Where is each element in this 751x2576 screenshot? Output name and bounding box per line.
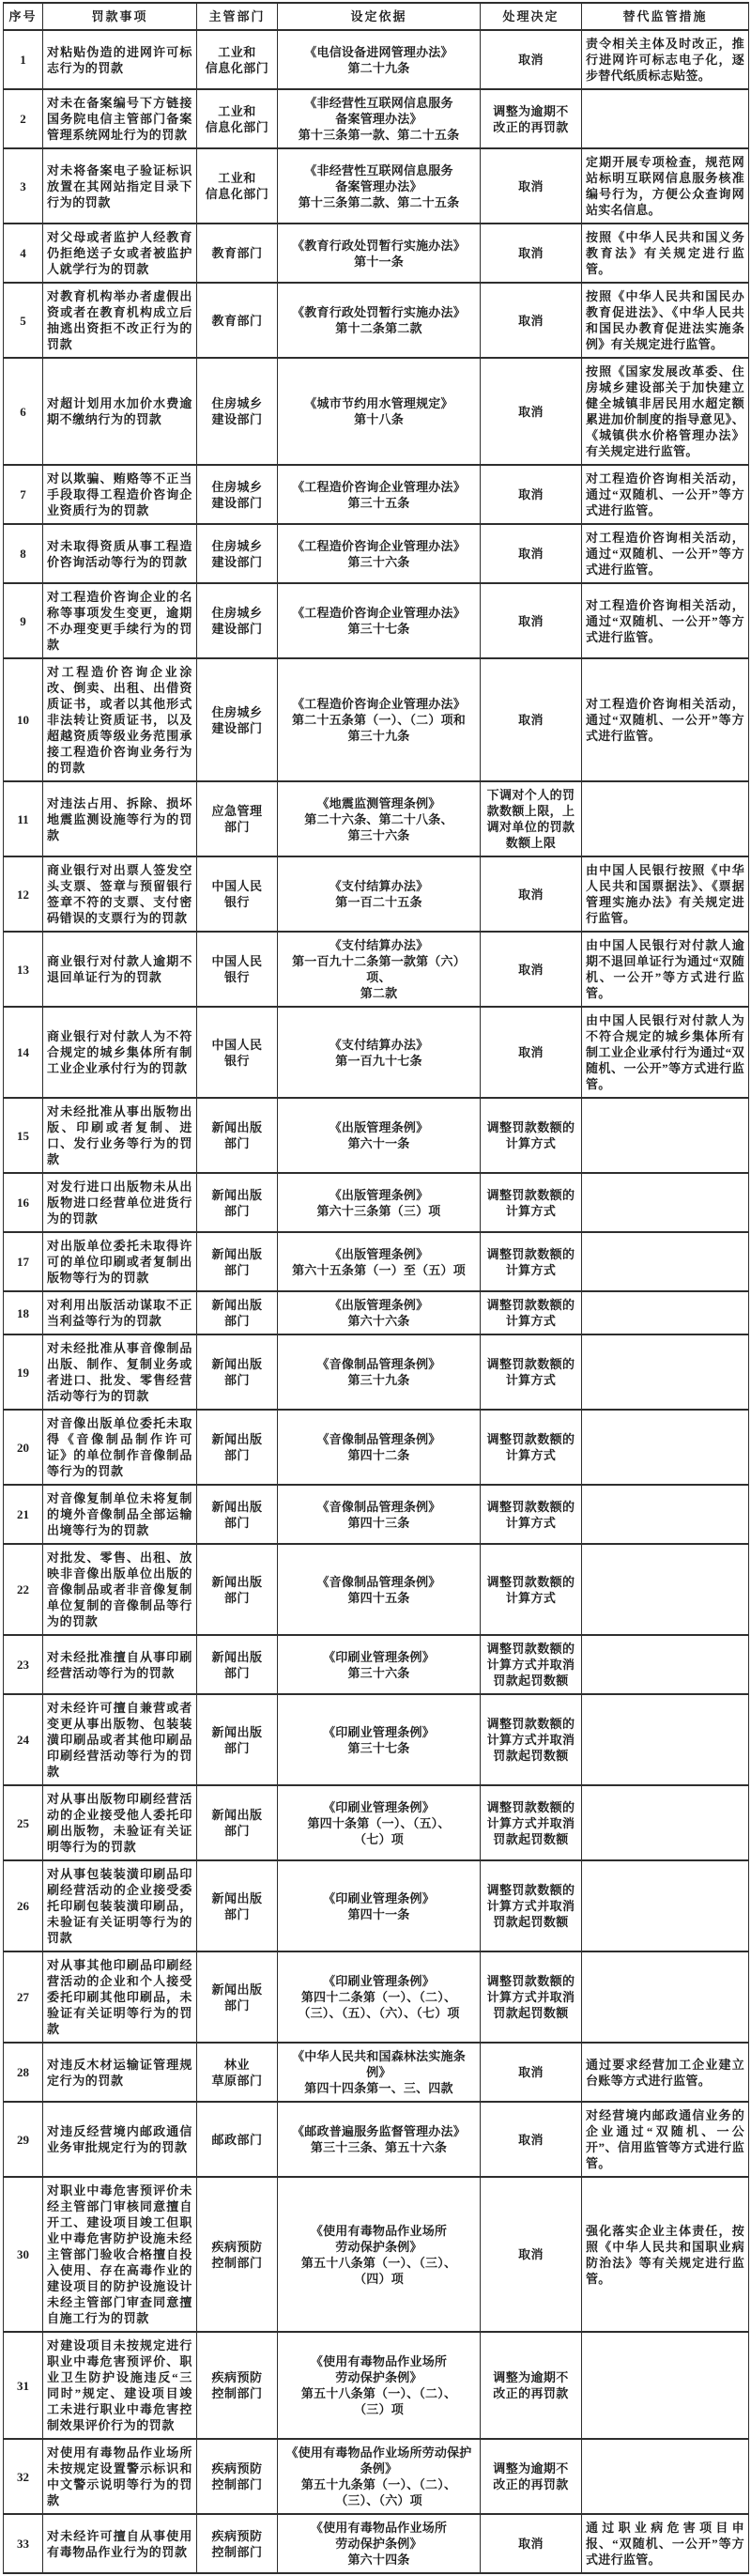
cell-basis: 《地震监测管理条例》 第二十六条、第二十八条、 第三十六条: [278, 781, 481, 856]
cell-measure: [582, 89, 749, 148]
cell-no: 3: [4, 148, 43, 224]
document-page: 序号 罚款事项 主管部门 设定依据 处理决定 替代监管措施 1对粘贴伪造的进网许…: [0, 0, 751, 2576]
cell-decision: 取消: [481, 2514, 582, 2573]
cell-no: 17: [4, 1232, 43, 1291]
cell-decision: 取消: [481, 524, 582, 583]
cell-decision: 调整罚款数额的 计算方式并取消 罚款起罚数额: [481, 1785, 582, 1860]
cell-decision: 调整罚款数额的 计算方式: [481, 1098, 582, 1173]
cell-dept: 林业 草原部门: [197, 2043, 278, 2102]
cell-no: 4: [4, 224, 43, 283]
cell-measure: [582, 2439, 749, 2514]
cell-basis: 《工程造价咨询企业管理办法》 第三十六条: [278, 524, 481, 583]
cell-dept: 住房城乡 建设部门: [197, 465, 278, 524]
table-row: 14商业银行对付款人为不符合规定的城乡集体所有制工业企业承付行为的罚款中国人民 …: [4, 1007, 749, 1098]
table-row: 7对以欺骗、贿赂等不正当手段取得工程造价咨询企业资质行为的罚款住房城乡 建设部门…: [4, 465, 749, 524]
cell-item: 对职业中毒危害预评价未经主管部门审核同意擅自开工、建设项目竣工但职业中毒危害防护…: [43, 2177, 197, 2332]
cell-dept: 中国人民 银行: [197, 932, 278, 1007]
cell-item: 对音像出版单位委托未取得《音像制品制作许可证》的单位制作音像制品等行为的罚款: [43, 1410, 197, 1485]
cell-dept: 教育部门: [197, 224, 278, 283]
cell-decision: 下调对个人的罚 款数额上限，上 调对单位的罚款 数额上限: [481, 781, 582, 856]
cell-decision: 调整为逾期不 改正的再罚款: [481, 89, 582, 148]
cell-dept: 工业和 信息化部门: [197, 148, 278, 224]
cell-item: 对未在备案编号下方链接国务院电信主管部门备案管理系统网址行为的罚款: [43, 89, 197, 148]
table-row: 27对从事其他印刷品印刷经营活动的企业和个人接受委托印刷其他印刷品，未验证有关证…: [4, 1951, 749, 2043]
cell-basis: 《支付结算办法》 第一百九十七条: [278, 1007, 481, 1098]
cell-measure: [582, 1694, 749, 1785]
cell-dept: 住房城乡 建设部门: [197, 583, 278, 658]
cell-item: 对粘贴伪造的进网许可标志行为的罚款: [43, 30, 197, 89]
cell-measure: 通过要求经营加工企业建立台账等方式进行监管。: [582, 2043, 749, 2102]
cell-basis: 《出版管理条例》 第六十六条: [278, 1291, 481, 1334]
cell-decision: 调整罚款数额的 计算方式: [481, 1334, 582, 1410]
cell-measure: 对工程造价咨询相关活动，通过“双随机、一公开”等方式进行监管。: [582, 465, 749, 524]
cell-decision: 调整罚款数额的 计算方式并取消 罚款起罚数额: [481, 1694, 582, 1785]
cell-no: 23: [4, 1635, 43, 1694]
cell-decision: 取消: [481, 283, 582, 358]
cell-no: 15: [4, 1098, 43, 1173]
cell-basis: 《支付结算办法》 第一百二十五条: [278, 856, 481, 932]
table-row: 24对未经许可擅自兼营或者变更从事出版物、包装装潢印刷品或者其他印刷品印刷经营活…: [4, 1694, 749, 1785]
cell-dept: 新闻出版 部门: [197, 1173, 278, 1232]
table-row: 30对职业中毒危害预评价未经主管部门审核同意擅自开工、建设项目竣工但职业中毒危害…: [4, 2177, 749, 2332]
cell-dept: 新闻出版 部门: [197, 1232, 278, 1291]
cell-item: 对发行进口出版物未从出版物进口经营单位进货行为的罚款: [43, 1173, 197, 1232]
table-row: 17对出版单位委托未取得许可的单位印刷或者复制出版物等行为的罚款新闻出版 部门《…: [4, 1232, 749, 1291]
cell-item: 对违法占用、拆除、损坏地震监测设施等行为的罚款: [43, 781, 197, 856]
cell-decision: 取消: [481, 148, 582, 224]
column-header-measure: 替代监管措施: [582, 3, 749, 30]
cell-dept: 邮政部门: [197, 2102, 278, 2177]
cell-measure: 按照《中华人民共和国民办教育促进法》、《中华人民共和国民办教育促进法实施条例》有…: [582, 283, 749, 358]
table-row: 31对建设项目未按规定进行职业中毒危害预评价、职业卫生防护设施违反“三同时”规定…: [4, 2332, 749, 2439]
cell-measure: [582, 1232, 749, 1291]
cell-no: 13: [4, 932, 43, 1007]
table-row: 29对违反经营境内邮政通信业务审批规定行为的罚款邮政部门《邮政普遍服务监督管理办…: [4, 2102, 749, 2177]
cell-decision: 取消: [481, 2177, 582, 2332]
cell-no: 11: [4, 781, 43, 856]
cell-basis: 《使用有毒物品作业场所 劳动保护条例》 第五十八条第（一）、（二）、 （三）项: [278, 2332, 481, 2439]
table-row: 33对未经许可擅自从事使用有毒物品作业行为的罚款疾病预防 控制部门《使用有毒物品…: [4, 2514, 749, 2573]
table-row: 21对音像复制单位未将复制的境外音像制品全部运输出境等行为的罚款新闻出版 部门《…: [4, 1485, 749, 1544]
cell-dept: 新闻出版 部门: [197, 1410, 278, 1485]
cell-basis: 《印刷业管理条例》 第三十七条: [278, 1694, 481, 1785]
cell-no: 16: [4, 1173, 43, 1232]
table-body: 1对粘贴伪造的进网许可标志行为的罚款工业和 信息化部门《电信设备进网管理办法》 …: [4, 30, 749, 2573]
table-row: 15对未经批准从事出版物出版、印刷或者复制、进口、发行业务等行为的罚款新闻出版 …: [4, 1098, 749, 1173]
cell-no: 33: [4, 2514, 43, 2573]
table-header: 序号 罚款事项 主管部门 设定依据 处理决定 替代监管措施: [4, 3, 749, 30]
table-row: 18对利用出版活动谋取不正当利益等行为的罚款新闻出版 部门《出版管理条例》 第六…: [4, 1291, 749, 1334]
cell-measure: 按照《国家发展改革委、住房城乡建设部关于加快建立健全城镇非居民用水超定额累进加价…: [582, 358, 749, 465]
cell-dept: 中国人民 银行: [197, 856, 278, 932]
table-row: 16对发行进口出版物未从出版物进口经营单位进货行为的罚款新闻出版 部门《出版管理…: [4, 1173, 749, 1232]
cell-item: 对违反木材运输证管理规定行为的罚款: [43, 2043, 197, 2102]
cell-no: 7: [4, 465, 43, 524]
cell-item: 对未将备案电子验证标识放置在其网站指定目录下行为的罚款: [43, 148, 197, 224]
table-row: 20对音像出版单位委托未取得《音像制品制作许可证》的单位制作音像制品等行为的罚款…: [4, 1410, 749, 1485]
cell-dept: 疾病预防 控制部门: [197, 2514, 278, 2573]
cell-basis: 《印刷业管理条例》 第四十条第（一）、（五）、 （七）项: [278, 1785, 481, 1860]
cell-measure: [582, 1635, 749, 1694]
cell-no: 19: [4, 1334, 43, 1410]
cell-dept: 住房城乡 建设部门: [197, 524, 278, 583]
cell-decision: 取消: [481, 856, 582, 932]
cell-no: 22: [4, 1544, 43, 1635]
cell-measure: [582, 1860, 749, 1951]
column-header-basis: 设定依据: [278, 3, 481, 30]
cell-basis: 《印刷业管理条例》 第四十二条第（一）、（二）、 （三）、（五）、（六）、（七）…: [278, 1951, 481, 2043]
cell-decision: 取消: [481, 224, 582, 283]
cell-decision: 调整罚款数额的 计算方式: [481, 1291, 582, 1334]
cell-decision: 取消: [481, 658, 582, 781]
table-row: 22对批发、零售、出租、放映非音像出版单位出版的音像制品或者非音像复制单位复制的…: [4, 1544, 749, 1635]
cell-decision: 调整罚款数额的 计算方式: [481, 1173, 582, 1232]
cell-item: 对未经许可擅自从事使用有毒物品作业行为的罚款: [43, 2514, 197, 2573]
penalty-table: 序号 罚款事项 主管部门 设定依据 处理决定 替代监管措施 1对粘贴伪造的进网许…: [3, 2, 749, 2574]
cell-no: 12: [4, 856, 43, 932]
cell-basis: 《邮政普遍服务监督管理办法》 第三十三条、第五十六条: [278, 2102, 481, 2177]
cell-basis: 《使用有毒物品作业场所 劳动保护条例》 第六十四条: [278, 2514, 481, 2573]
cell-decision: 取消: [481, 2043, 582, 2102]
cell-item: 对未经批准擅自从事印刷经营活动等行为的罚款: [43, 1635, 197, 1694]
cell-item: 对教育机构举办者虚假出资或者在教育机构成立后抽逃出资拒不改正行为的罚款: [43, 283, 197, 358]
cell-decision: 取消: [481, 932, 582, 1007]
table-row: 12商业银行对出票人签发空头支票、签章与预留银行签章不符的支票、支付密码错误的支…: [4, 856, 749, 932]
cell-item: 对工程造价咨询企业涂改、倒卖、出租、出借资质证书，或者以其他形式非法转让资质证书…: [43, 658, 197, 781]
cell-decision: 调整罚款数额的 计算方式: [481, 1410, 582, 1485]
cell-basis: 《电信设备进网管理办法》 第二十九条: [278, 30, 481, 89]
table-row: 5对教育机构举办者虚假出资或者在教育机构成立后抽逃出资拒不改正行为的罚款教育部门…: [4, 283, 749, 358]
cell-decision: 取消: [481, 30, 582, 89]
cell-decision: 调整罚款数额的 计算方式并取消 罚款起罚数额: [481, 1860, 582, 1951]
cell-dept: 新闻出版 部门: [197, 1334, 278, 1410]
cell-dept: 住房城乡 建设部门: [197, 358, 278, 465]
cell-basis: 《教育行政处罚暂行实施办法》 第十二条第二款: [278, 283, 481, 358]
cell-item: 对从事其他印刷品印刷经营活动的企业和个人接受委托印刷其他印刷品，未验证有关证明等…: [43, 1951, 197, 2043]
cell-decision: 取消: [481, 465, 582, 524]
cell-no: 18: [4, 1291, 43, 1334]
cell-measure: [582, 1951, 749, 2043]
table-row: 10对工程造价咨询企业涂改、倒卖、出租、出借资质证书，或者以其他形式非法转让资质…: [4, 658, 749, 781]
table-row: 6对超计划用水加价水费逾期不缴纳行为的罚款住房城乡 建设部门《城市节约用水管理规…: [4, 358, 749, 465]
cell-decision: 调整罚款数额的 计算方式: [481, 1232, 582, 1291]
cell-no: 27: [4, 1951, 43, 2043]
cell-measure: 由中国人民银行按照《中华人民共和国票据法》、《票据管理实施办法》有关规定进行监管…: [582, 856, 749, 932]
cell-no: 30: [4, 2177, 43, 2332]
cell-basis: 《音像制品管理条例》 第三十九条: [278, 1334, 481, 1410]
cell-no: 20: [4, 1410, 43, 1485]
cell-dept: 应急管理 部门: [197, 781, 278, 856]
cell-measure: [582, 2332, 749, 2439]
table-row: 9对工程造价咨询企业的名称等事项发生变更，逾期不办理变更手续行为的罚款住房城乡 …: [4, 583, 749, 658]
cell-dept: 新闻出版 部门: [197, 1098, 278, 1173]
cell-item: 对出版单位委托未取得许可的单位印刷或者复制出版物等行为的罚款: [43, 1232, 197, 1291]
table-row: 11对违法占用、拆除、损坏地震监测设施等行为的罚款应急管理 部门《地震监测管理条…: [4, 781, 749, 856]
table-row: 23对未经批准擅自从事印刷经营活动等行为的罚款新闻出版 部门《印刷业管理条例》 …: [4, 1635, 749, 1694]
cell-dept: 新闻出版 部门: [197, 1544, 278, 1635]
cell-dept: 教育部门: [197, 283, 278, 358]
column-header-no: 序号: [4, 3, 43, 30]
cell-no: 10: [4, 658, 43, 781]
cell-dept: 疾病预防 控制部门: [197, 2177, 278, 2332]
cell-no: 14: [4, 1007, 43, 1098]
cell-basis: 《使用有毒物品作业场所 劳动保护条例》 第五十八条第（一）、（三）、 （四）项: [278, 2177, 481, 2332]
cell-decision: 取消: [481, 358, 582, 465]
table-row: 25对从事出版物印刷经营活动的企业接受他人委托印刷出版物，未验证有关证明等行为的…: [4, 1785, 749, 1860]
cell-item: 对以欺骗、贿赂等不正当手段取得工程造价咨询企业资质行为的罚款: [43, 465, 197, 524]
cell-dept: 工业和 信息化部门: [197, 30, 278, 89]
cell-item: 对未取得资质从事工程造价咨询活动等行为的罚款: [43, 524, 197, 583]
cell-measure: [582, 1785, 749, 1860]
cell-basis: 《音像制品管理条例》 第四十五条: [278, 1544, 481, 1635]
table-row: 28对违反木材运输证管理规定行为的罚款林业 草原部门《中华人民共和国森林法实施条…: [4, 2043, 749, 2102]
cell-measure: [582, 1410, 749, 1485]
cell-no: 2: [4, 89, 43, 148]
cell-dept: 新闻出版 部门: [197, 1860, 278, 1951]
cell-measure: [582, 1544, 749, 1635]
cell-no: 9: [4, 583, 43, 658]
cell-decision: 调整罚款数额的 计算方式: [481, 1544, 582, 1635]
cell-dept: 新闻出版 部门: [197, 1785, 278, 1860]
cell-item: 对从事包装装潢印刷品印刷经营活动的企业接受委托印刷包装装潢印刷品，未验证有关证明…: [43, 1860, 197, 1951]
cell-item: 商业银行对出票人签发空头支票、签章与预留银行签章不符的支票、支付密码错误的支票行…: [43, 856, 197, 932]
table-row: 8对未取得资质从事工程造价咨询活动等行为的罚款住房城乡 建设部门《工程造价咨询企…: [4, 524, 749, 583]
header-row: 序号 罚款事项 主管部门 设定依据 处理决定 替代监管措施: [4, 3, 749, 30]
cell-item: 对未经批准从事出版物出版、印刷或者复制、进口、发行业务等行为的罚款: [43, 1098, 197, 1173]
cell-item: 对未经批准从事音像制品出版、制作、复制业务或者进口、批发、零售经营活动等行为的罚…: [43, 1334, 197, 1410]
cell-no: 21: [4, 1485, 43, 1544]
cell-no: 1: [4, 30, 43, 89]
cell-basis: 《音像制品管理条例》 第四十三条: [278, 1485, 481, 1544]
cell-decision: 调整罚款数额的 计算方式并取消 罚款起罚数额: [481, 1635, 582, 1694]
cell-basis: 《使用有毒物品作业场所劳动保护条例》 第五十九条第（一）、（二）、 （三）、（六…: [278, 2439, 481, 2514]
cell-basis: 《工程造价咨询企业管理办法》 第二十五条第（一）、（二）项和 第三十九条: [278, 658, 481, 781]
cell-item: 对批发、零售、出租、放映非音像出版单位出版的音像制品或者非音像复制单位复制的音像…: [43, 1544, 197, 1635]
cell-basis: 《印刷业管理条例》 第三十六条: [278, 1635, 481, 1694]
cell-dept: 新闻出版 部门: [197, 1951, 278, 2043]
cell-decision: 调整为逾期不 改正的再罚款: [481, 2332, 582, 2439]
cell-measure: [582, 1334, 749, 1410]
cell-basis: 《工程造价咨询企业管理办法》 第三十五条: [278, 465, 481, 524]
cell-no: 31: [4, 2332, 43, 2439]
cell-measure: 按照《中华人民共和国义务教育法》有关规定进行监管。: [582, 224, 749, 283]
cell-measure: 由中国人民银行对付款人为不符合规定的城乡集体所有制工业企业承付行为通过“双随机、…: [582, 1007, 749, 1098]
cell-decision: 取消: [481, 2102, 582, 2177]
cell-item: 对父母或者监护人经教育仍拒绝送子女或者被监护人就学行为的罚款: [43, 224, 197, 283]
cell-basis: 《非经营性互联网信息服务 备案管理办法》 第十三条第一款、第二十五条: [278, 89, 481, 148]
cell-measure: [582, 1173, 749, 1232]
cell-no: 8: [4, 524, 43, 583]
cell-basis: 《出版管理条例》 第六十一条: [278, 1098, 481, 1173]
cell-decision: 调整罚款数额的 计算方式: [481, 1485, 582, 1544]
column-header-item: 罚款事项: [43, 3, 197, 30]
cell-measure: 对工程造价咨询相关活动，通过“双随机、一公开”等方式进行监管。: [582, 524, 749, 583]
cell-measure: 责令相关主体及时改正，推行进网许可标志电子化，逐步替代纸质标志贴签。: [582, 30, 749, 89]
cell-dept: 新闻出版 部门: [197, 1291, 278, 1334]
cell-basis: 《出版管理条例》 第六十五条第（一）至（五）项: [278, 1232, 481, 1291]
cell-no: 5: [4, 283, 43, 358]
column-header-decision: 处理决定: [481, 3, 582, 30]
cell-basis: 《非经营性互联网信息服务 备案管理办法》 第十三条第二款、第二十五条: [278, 148, 481, 224]
cell-dept: 疾病预防 控制部门: [197, 2332, 278, 2439]
cell-measure: 强化落实企业主体责任，按照《中华人民共和国职业病防治法》等有关规定进行监管。: [582, 2177, 749, 2332]
cell-item: 对违反经营境内邮政通信业务审批规定行为的罚款: [43, 2102, 197, 2177]
cell-item: 对利用出版活动谋取不正当利益等行为的罚款: [43, 1291, 197, 1334]
cell-basis: 《音像制品管理条例》 第四十二条: [278, 1410, 481, 1485]
cell-decision: 取消: [481, 583, 582, 658]
cell-basis: 《城市节约用水管理规定》 第十八条: [278, 358, 481, 465]
cell-measure: 对经营境内邮政通信业务的企业通过“双随机、一公开”、信用监管等方式进行监管。: [582, 2102, 749, 2177]
cell-decision: 调整罚款数额的 计算方式并取消 罚款起罚数额: [481, 1951, 582, 2043]
table-row: 32对使用有毒物品作业场所未按规定设置警示标识和中文警示说明等行为的罚款疾病预防…: [4, 2439, 749, 2514]
cell-decision: 取消: [481, 1007, 582, 1098]
cell-dept: 工业和 信息化部门: [197, 89, 278, 148]
cell-item: 对音像复制单位未将复制的境外音像制品全部运输出境等行为的罚款: [43, 1485, 197, 1544]
table-row: 3对未将备案电子验证标识放置在其网站指定目录下行为的罚款工业和 信息化部门《非经…: [4, 148, 749, 224]
cell-dept: 新闻出版 部门: [197, 1635, 278, 1694]
cell-item: 商业银行对付款人逾期不退回单证行为的罚款: [43, 932, 197, 1007]
cell-item: 对使用有毒物品作业场所未按规定设置警示标识和中文警示说明等行为的罚款: [43, 2439, 197, 2514]
cell-dept: 住房城乡 建设部门: [197, 658, 278, 781]
cell-measure: 对工程造价咨询相关活动，通过“双随机、一公开”等方式进行监管。: [582, 658, 749, 781]
cell-dept: 新闻出版 部门: [197, 1694, 278, 1785]
cell-item: 商业银行对付款人为不符合规定的城乡集体所有制工业企业承付行为的罚款: [43, 1007, 197, 1098]
cell-item: 对超计划用水加价水费逾期不缴纳行为的罚款: [43, 358, 197, 465]
cell-item: 对工程造价咨询企业的名称等事项发生变更，逾期不办理变更手续行为的罚款: [43, 583, 197, 658]
table-row: 19对未经批准从事音像制品出版、制作、复制业务或者进口、批发、零售经营活动等行为…: [4, 1334, 749, 1410]
cell-item: 对从事出版物印刷经营活动的企业接受他人委托印刷出版物，未验证有关证明等行为的罚款: [43, 1785, 197, 1860]
cell-basis: 《印刷业管理条例》 第四十一条: [278, 1860, 481, 1951]
cell-no: 24: [4, 1694, 43, 1785]
cell-item: 对建设项目未按规定进行职业中毒危害预评价、职业卫生防护设施违反“三同时”规定、建…: [43, 2332, 197, 2439]
cell-measure: [582, 1291, 749, 1334]
cell-measure: 由中国人民银行对付款人逾期不退回单证行为通过“双随机、一公开”等方式进行监管。: [582, 932, 749, 1007]
cell-no: 26: [4, 1860, 43, 1951]
cell-no: 25: [4, 1785, 43, 1860]
cell-decision: 调整为逾期不 改正的再罚款: [481, 2439, 582, 2514]
cell-basis: 《教育行政处罚暂行实施办法》 第十一条: [278, 224, 481, 283]
cell-measure: 定期开展专项检查，规范网站标明互联网信息服务核准编号行为，方便公众查询网站实名信…: [582, 148, 749, 224]
table-row: 2对未在备案编号下方链接国务院电信主管部门备案管理系统网址行为的罚款工业和 信息…: [4, 89, 749, 148]
cell-dept: 中国人民 银行: [197, 1007, 278, 1098]
cell-item: 对未经许可擅自兼营或者变更从事出版物、包装装潢印刷品或者其他印刷品印刷经营活动等…: [43, 1694, 197, 1785]
cell-measure: [582, 1485, 749, 1544]
cell-measure: [582, 781, 749, 856]
cell-no: 29: [4, 2102, 43, 2177]
cell-measure: 通过职业病危害项目申报、“双随机、一公开”等方式进行监管。: [582, 2514, 749, 2573]
cell-basis: 《中华人民共和国森林法实施条例》 第四十四条第一、三、四款: [278, 2043, 481, 2102]
cell-basis: 《出版管理条例》 第六十三条第（三）项: [278, 1173, 481, 1232]
table-row: 1对粘贴伪造的进网许可标志行为的罚款工业和 信息化部门《电信设备进网管理办法》 …: [4, 30, 749, 89]
column-header-dept: 主管部门: [197, 3, 278, 30]
cell-basis: 《支付结算办法》 第一百九十二条第一款第（六）项、 第二款: [278, 932, 481, 1007]
table-row: 26对从事包装装潢印刷品印刷经营活动的企业接受委托印刷包装装潢印刷品，未验证有关…: [4, 1860, 749, 1951]
table-row: 4对父母或者监护人经教育仍拒绝送子女或者被监护人就学行为的罚款教育部门《教育行政…: [4, 224, 749, 283]
cell-no: 32: [4, 2439, 43, 2514]
cell-measure: 对工程造价咨询相关活动，通过“双随机、一公开”等方式进行监管。: [582, 583, 749, 658]
table-row: 13商业银行对付款人逾期不退回单证行为的罚款中国人民 银行《支付结算办法》 第一…: [4, 932, 749, 1007]
cell-dept: 疾病预防 控制部门: [197, 2439, 278, 2514]
cell-no: 28: [4, 2043, 43, 2102]
cell-no: 6: [4, 358, 43, 465]
cell-dept: 新闻出版 部门: [197, 1485, 278, 1544]
cell-measure: [582, 1098, 749, 1173]
cell-basis: 《工程造价咨询企业管理办法》 第三十七条: [278, 583, 481, 658]
